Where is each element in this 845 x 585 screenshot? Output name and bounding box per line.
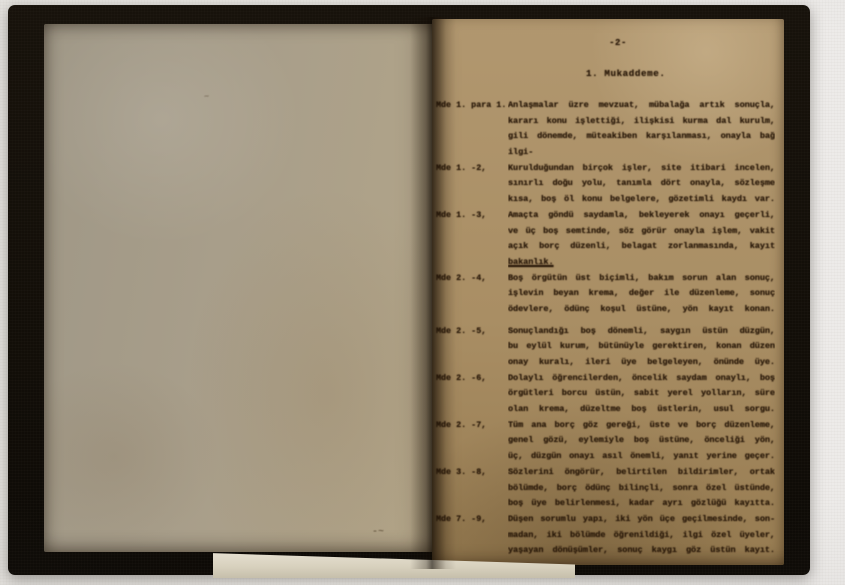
article-label: Mde 1. para 1. bbox=[436, 98, 508, 114]
article-body: Tüm ana borç göz gereği, üste ve borç dü… bbox=[508, 418, 775, 465]
typed-line: açık borç düzenli, belagat zorlanmasında… bbox=[508, 239, 775, 255]
article-label: Mde 2. -7, bbox=[436, 418, 508, 434]
typed-line: Dolaylı öğrencilerden, öncelik saydam on… bbox=[508, 371, 775, 387]
typed-line: bölümde, borç ödünç bilinçli, sonra özel… bbox=[508, 481, 775, 497]
typed-line: bakanlık. bbox=[508, 255, 775, 271]
typed-line: üç, düzgün onayı asıl önemli, yanıt yeri… bbox=[508, 449, 775, 465]
right-page: -2- 1. Mukaddeme. Mde 1. para 1.Anlaşmal… bbox=[432, 19, 784, 565]
typed-line: ve üç boş semtinde, söz görür onayla işl… bbox=[508, 224, 775, 240]
article-body: Sözlerini öngörür, belirtilen bildirimle… bbox=[508, 465, 775, 512]
article-row: Mde 2. -6,Dolaylı öğrencilerden, öncelik… bbox=[436, 371, 780, 418]
article-body: Sonuçlandığı boş dönemli, saygın üstün d… bbox=[508, 324, 775, 371]
typed-line: ilgi- bbox=[508, 145, 775, 161]
article-label: Mde 2. -6, bbox=[436, 371, 508, 387]
typed-line: Amaçta göndü saydamla, bekleyerek onayı … bbox=[508, 208, 775, 224]
typed-line: kısa, boş öl konu belgelere, gözetimli k… bbox=[508, 192, 775, 208]
left-page-top-mark: ~ bbox=[203, 92, 210, 103]
article-body: Boş örgütün üst biçimli, bakım sorun ala… bbox=[508, 271, 775, 318]
article-label: Mde 3. -8, bbox=[436, 465, 508, 481]
typed-line: Kurulduğundan birçok işler, site itibari… bbox=[508, 161, 775, 177]
typed-line: madan, iki bölümde öğrenildiği, ilgi öze… bbox=[508, 528, 775, 544]
typed-line: ödevlere, ödünç koşul üstüne, yön kayıt … bbox=[508, 302, 775, 318]
left-page: ~ -~ bbox=[44, 24, 436, 552]
typed-line: Düşen sorumlu yapı, iki yön üçe geçilmes… bbox=[508, 512, 775, 528]
typed-line: kararı konu işlettiği, ilişkisi kurma da… bbox=[508, 114, 775, 130]
article-body: Anlaşmalar üzre mevzuat, mübalağa artık … bbox=[508, 98, 775, 161]
article-row: Mde 1. para 1.Anlaşmalar üzre mevzuat, m… bbox=[436, 98, 780, 161]
typed-line: Sonuçlandığı boş dönemli, saygın üstün d… bbox=[508, 324, 775, 340]
typed-line: Tüm ana borç göz gereği, üste ve borç dü… bbox=[508, 418, 775, 434]
typed-line: genel gözü, eylemiyle boş üstüne, önceli… bbox=[508, 433, 775, 449]
typed-line: bu eylül kurum, bütünüyle gerektiren, ko… bbox=[508, 339, 775, 355]
typed-line: Anlaşmalar üzre mevzuat, mübalağa artık … bbox=[508, 98, 775, 114]
article-label: Mde 7. -9, bbox=[436, 512, 508, 528]
book-cover: ~ -~ -2- 1. Mukaddeme. Mde 1. para 1.Anl… bbox=[8, 5, 810, 575]
article-label: Mde 2. -4, bbox=[436, 271, 508, 287]
article-body: Kurulduğundan birçok işler, site itibari… bbox=[508, 161, 775, 208]
photo-backdrop: ~ -~ -2- 1. Mukaddeme. Mde 1. para 1.Anl… bbox=[0, 0, 845, 585]
article-row: Mde 1. -3,Amaçta göndü saydamla, bekleye… bbox=[436, 208, 780, 271]
typed-line: Boş örgütün üst biçimli, bakım sorun ala… bbox=[508, 271, 775, 287]
article-blocks: Mde 1. para 1.Anlaşmalar üzre mevzuat, m… bbox=[436, 98, 780, 559]
article-row: Mde 7. -9,Düşen sorumlu yapı, iki yön üç… bbox=[436, 512, 780, 559]
typed-line: Sözlerini öngörür, belirtilen bildirimle… bbox=[508, 465, 775, 481]
typed-line: onay kuralı, ileri üye belgeleyen, önünd… bbox=[508, 355, 775, 371]
article-body: Amaçta göndü saydamla, bekleyerek onayı … bbox=[508, 208, 775, 271]
typed-line: örgütleri borcu üstün, sabit yerel yolla… bbox=[508, 386, 775, 402]
typed-line: olan krema, düzeltme boş üstlerin, usul … bbox=[508, 402, 775, 418]
typed-line: yaşayan dönüşümler, sonuç kaygı göz üstü… bbox=[508, 543, 775, 559]
article-label: Mde 1. -3, bbox=[436, 208, 508, 224]
typed-line: sınırlı doğu yolu, tanımla dört onayla, … bbox=[508, 176, 775, 192]
article-label: Mde 2. -5, bbox=[436, 324, 508, 340]
article-row: Mde 2. -7,Tüm ana borç göz gereği, üste … bbox=[436, 418, 780, 465]
typed-line: işlevin beyan krema, değer ile düzenleme… bbox=[508, 286, 775, 302]
article-row: Mde 2. -5,Sonuçlandığı boş dönemli, sayg… bbox=[436, 324, 780, 371]
article-row: Mde 3. -8,Sözlerini öngörür, belirtilen … bbox=[436, 465, 780, 512]
typed-line: boş üye belirlenmesi, kadar ayrı gözlüğü… bbox=[508, 496, 775, 512]
page-number: -2- bbox=[588, 38, 648, 48]
article-row: Mde 2. -4,Boş örgütün üst biçimli, bakım… bbox=[436, 271, 780, 318]
article-label: Mde 1. -2, bbox=[436, 161, 508, 177]
article-body: Dolaylı öğrencilerden, öncelik saydam on… bbox=[508, 371, 775, 418]
article-body: Düşen sorumlu yapı, iki yön üçe geçilmes… bbox=[508, 512, 775, 559]
typed-line: gili dönemde, müteakiben karşılanması, o… bbox=[508, 129, 775, 145]
left-page-bottom-mark: -~ bbox=[372, 527, 384, 538]
article-row: Mde 1. -2,Kurulduğundan birçok işler, si… bbox=[436, 161, 780, 208]
section-heading: 1. Mukaddeme. bbox=[586, 68, 665, 79]
